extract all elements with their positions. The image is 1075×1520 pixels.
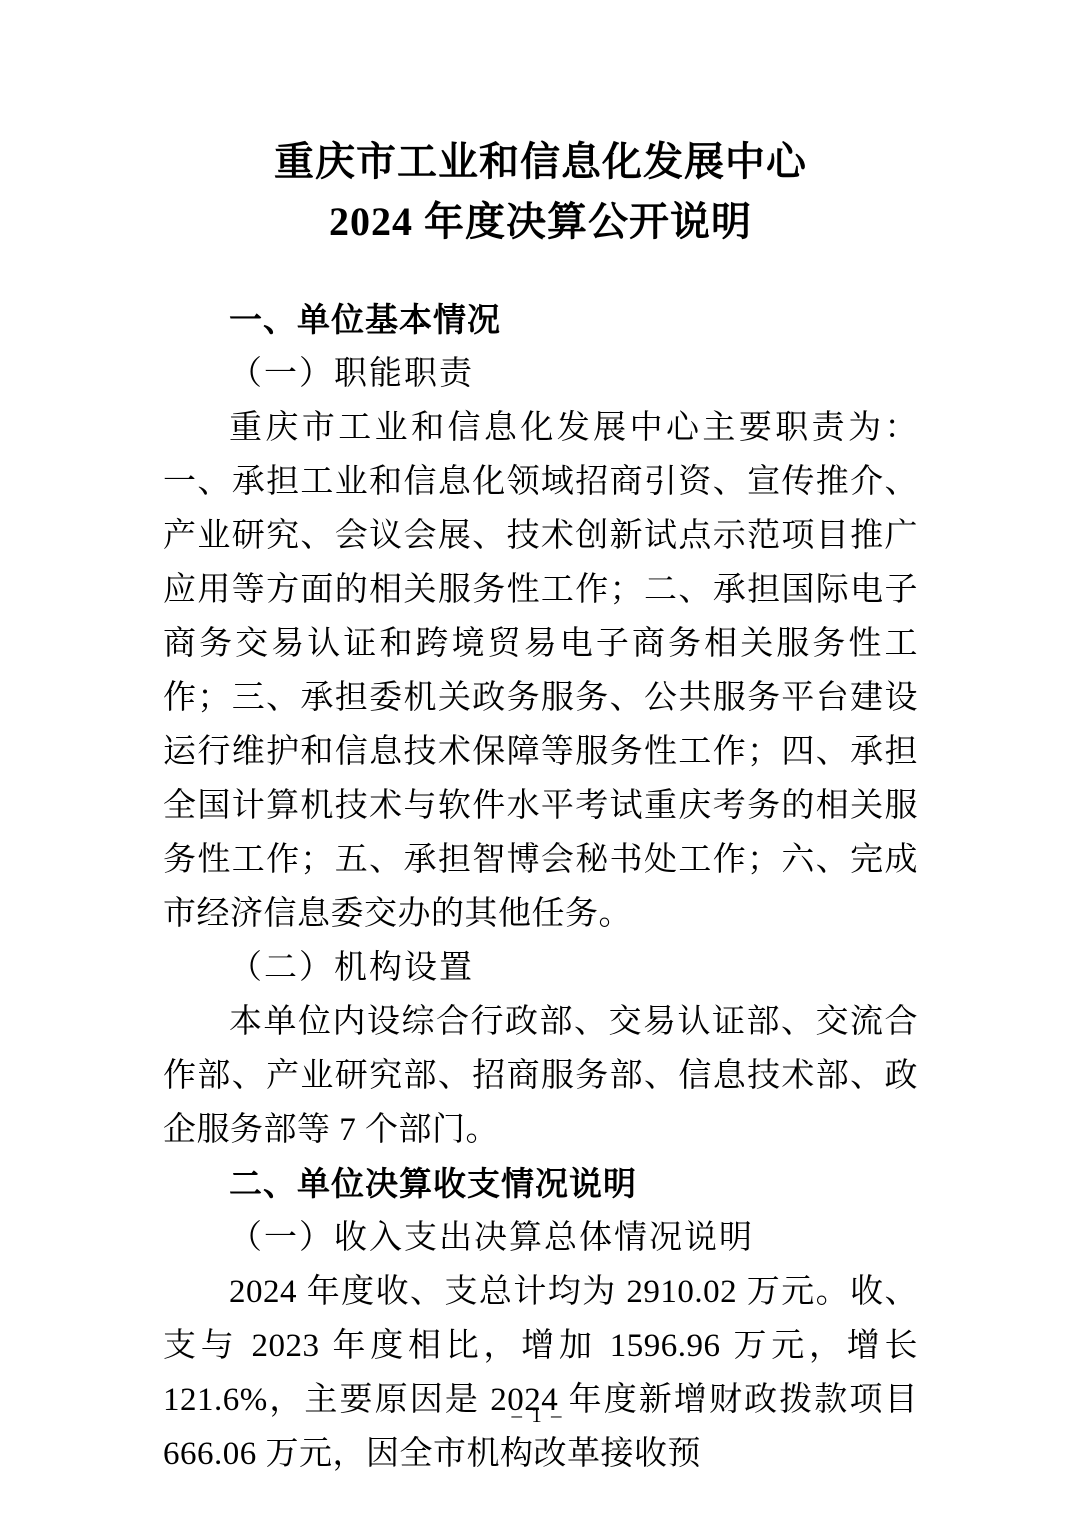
page-number: – 1 – <box>512 1403 564 1427</box>
section-heading-final-accounts: 二、单位决算收支情况说明 <box>163 1157 918 1211</box>
subsection-heading-overall-income-expenditure: （一）收入支出决算总体情况说明 <box>163 1211 918 1265</box>
document-page: 重庆市工业和信息化发展中心 2024 年度决算公开说明 一、单位基本情况 （一）… <box>0 0 1075 1520</box>
section-heading-basic-info: 一、单位基本情况 <box>163 293 918 347</box>
title-line-1: 重庆市工业和信息化发展中心 <box>163 132 918 192</box>
page-content: 重庆市工业和信息化发展中心 2024 年度决算公开说明 一、单位基本情况 （一）… <box>163 0 918 1481</box>
paragraph-org-structure: 本单位内设综合行政部、交易认证部、交流合作部、产业研究部、招商服务部、信息技术部… <box>163 995 918 1157</box>
document-title: 重庆市工业和信息化发展中心 2024 年度决算公开说明 <box>163 0 918 252</box>
title-line-2: 2024 年度决算公开说明 <box>163 192 918 252</box>
paragraph-income-expenditure: 2024 年度收、支总计均为 2910.02 万元。收、支与 2023 年度相比… <box>163 1265 918 1481</box>
document-body: 一、单位基本情况 （一）职能职责 重庆市工业和信息化发展中心主要职责为：一、承担… <box>163 293 918 1481</box>
page-footer: – 1 – <box>0 1400 1075 1430</box>
subsection-heading-duties: （一）职能职责 <box>163 347 918 401</box>
subsection-heading-org-structure: （二）机构设置 <box>163 941 918 995</box>
paragraph-duties: 重庆市工业和信息化发展中心主要职责为：一、承担工业和信息化领域招商引资、宣传推介… <box>163 401 918 941</box>
